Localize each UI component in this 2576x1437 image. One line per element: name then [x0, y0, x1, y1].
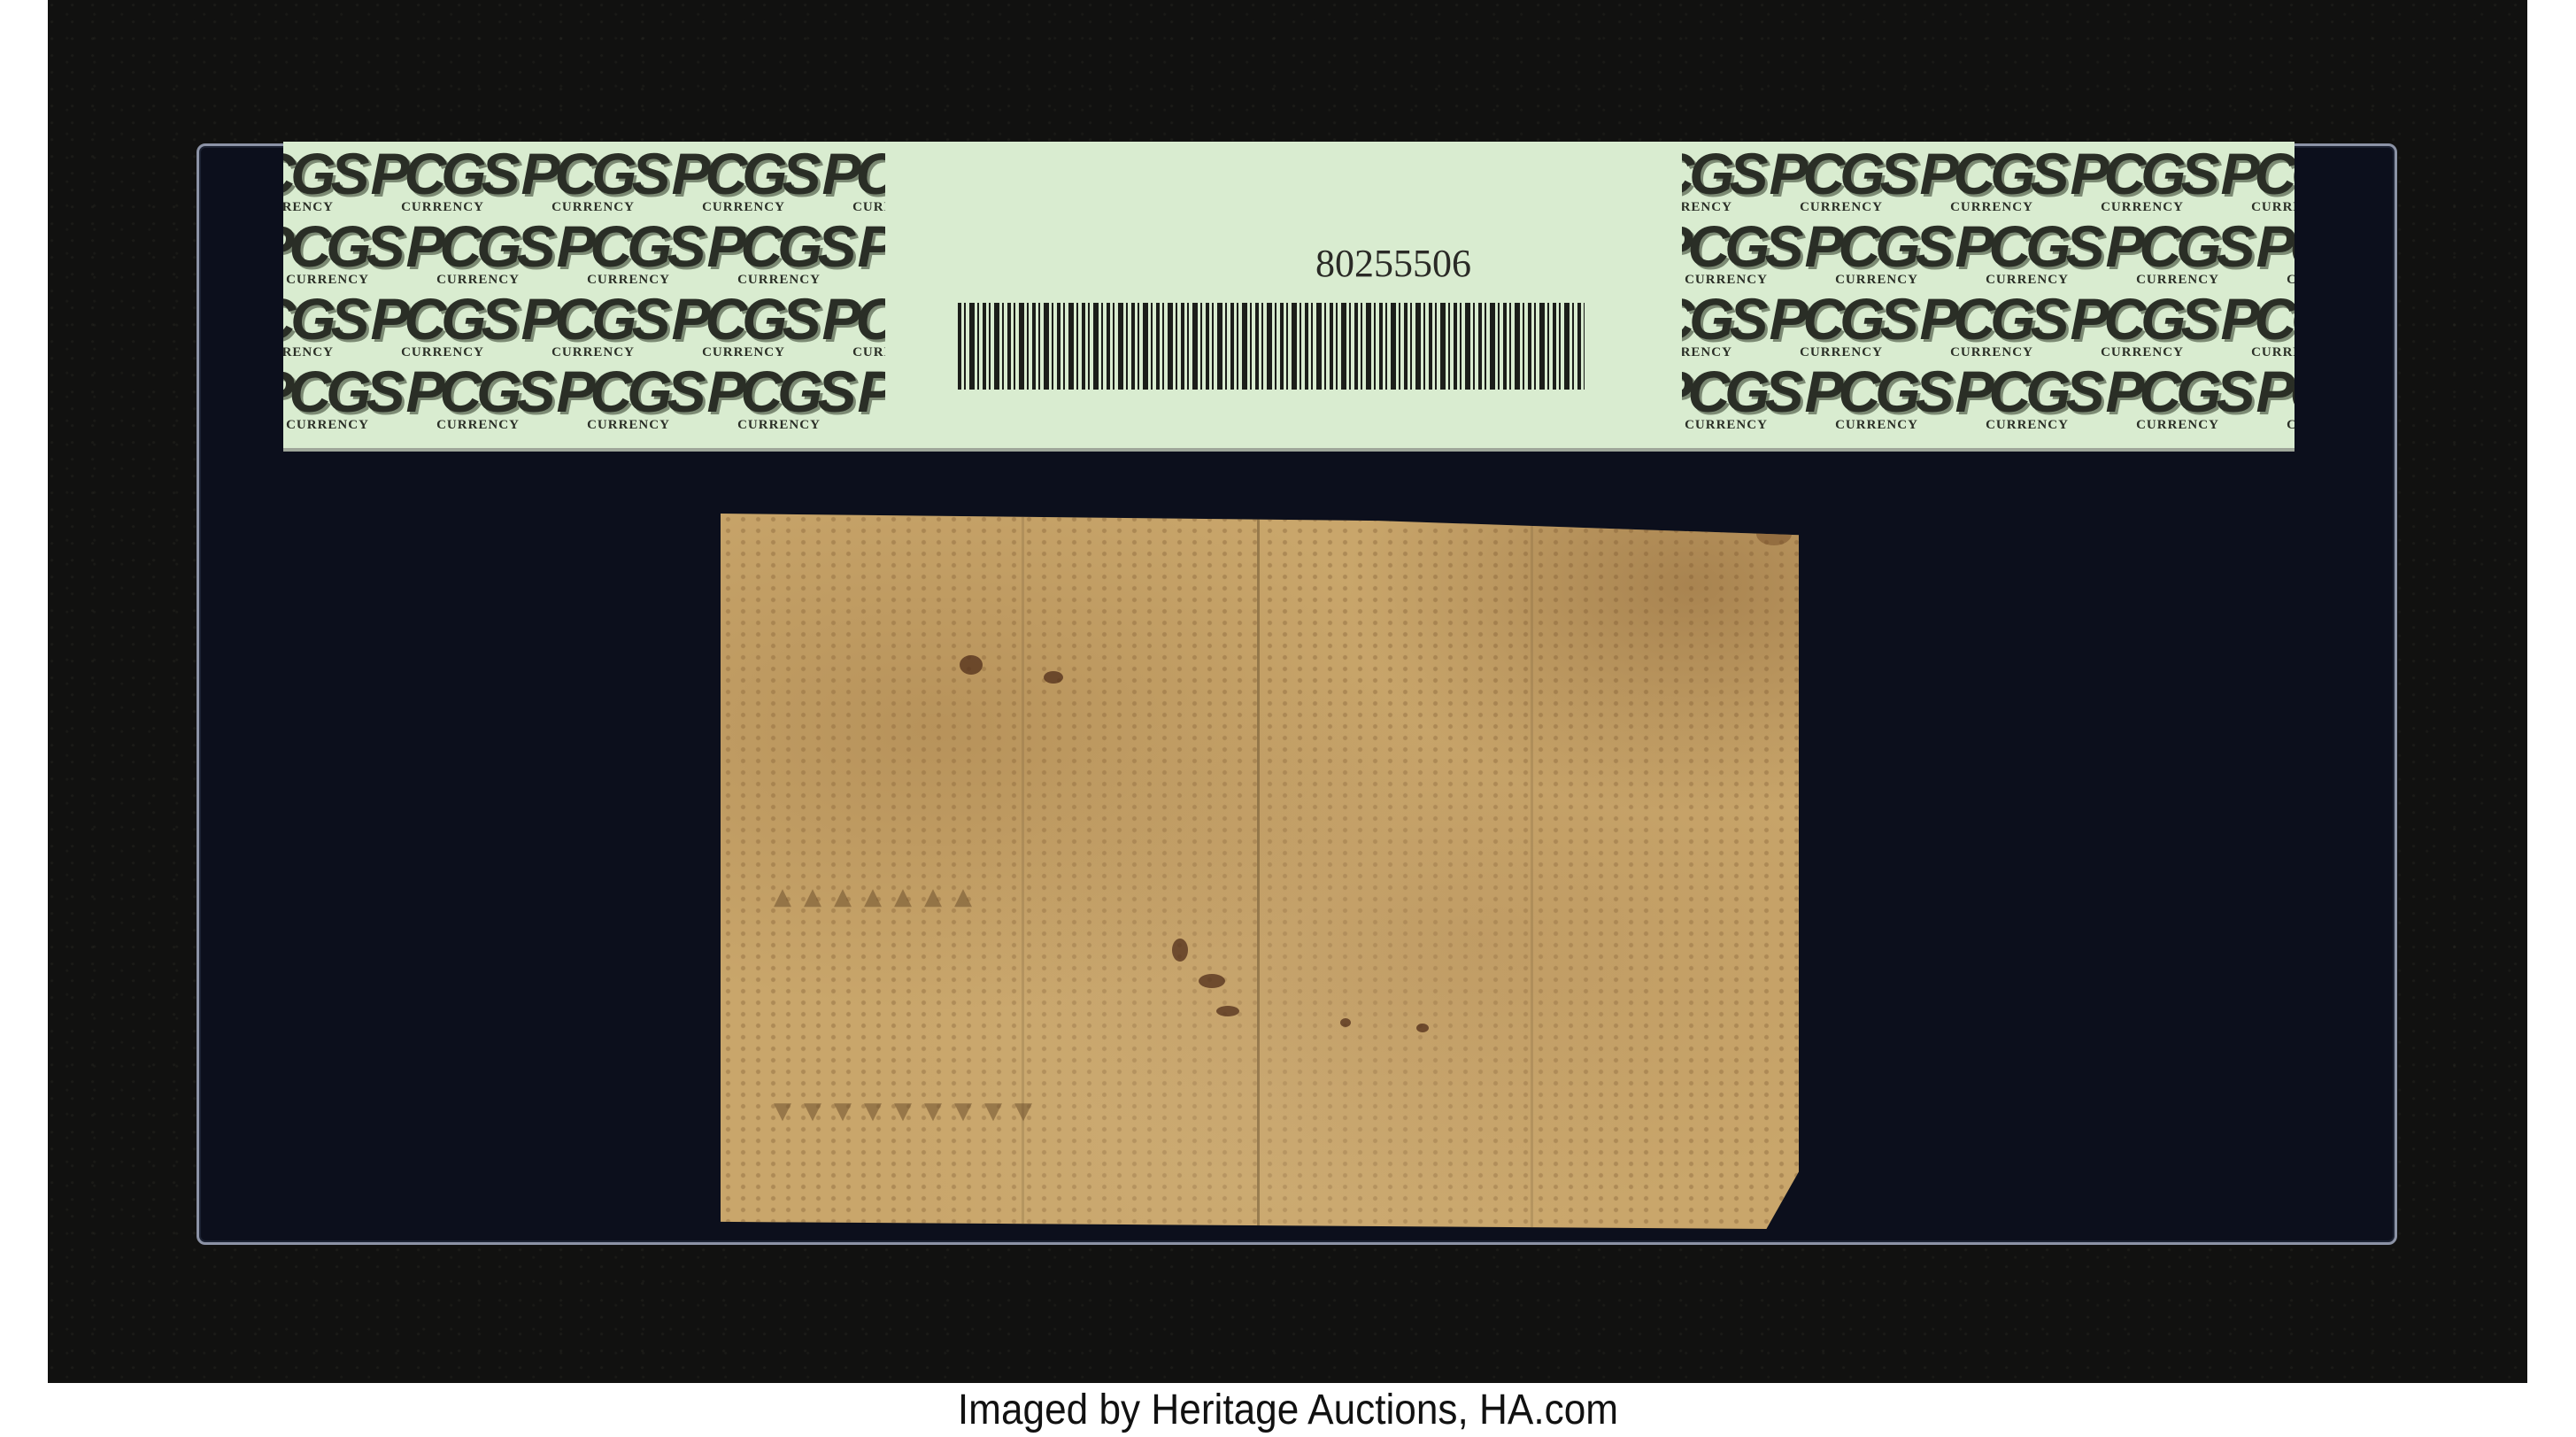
pcgs-logo: PCGSCURRENCY: [283, 147, 354, 214]
pcgs-logo: PCGSCURRENCY: [381, 292, 505, 359]
pcgs-logo-pattern-right: PCGSCURRENCY PCGSCURRENCY PCGSCURRENCY P…: [1682, 147, 2294, 443]
pcgs-logo: PCGSCURRENCY: [283, 220, 389, 287]
pcgs-logo: PCGSCURRENCY: [1682, 365, 1788, 432]
image-credit-caption: Imaged by Heritage Auctions, HA.com: [103, 1383, 2472, 1437]
pcgs-logo: PCGSCURRENCY: [2231, 147, 2294, 214]
certification-number: 80255506: [1190, 241, 1597, 286]
stain: [1172, 939, 1188, 962]
pcgs-logo: PCGSCURRENCY: [717, 365, 841, 432]
printed-border-top: ▲▲▲▲▲▲▲: [774, 884, 984, 910]
pcgs-logo: PCGSCURRENCY: [1779, 292, 1903, 359]
pcgs-logo: PCGSCURRENCY: [2231, 292, 2294, 359]
pcgs-logo: PCGSCURRENCY: [2266, 220, 2294, 287]
pcgs-logo: PCGSCURRENCY: [1930, 147, 2054, 214]
pcgs-logo: PCGSCURRENCY: [283, 292, 354, 359]
banknote-back: ▲▲▲▲▲▲▲ ▼▼▼▼▼▼▼▼▼: [721, 514, 1799, 1229]
pcgs-logo: PCGSCURRENCY: [1965, 365, 2089, 432]
fold-line: [1531, 514, 1533, 1229]
pcgs-logo: PCGSCURRENCY: [2116, 365, 2240, 432]
stain: [1416, 1024, 1429, 1032]
pcgs-logo: PCGSCURRENCY: [1815, 220, 1939, 287]
pcgs-logo: PCGSCURRENCY: [1779, 147, 1903, 214]
pcgs-logo: PCGSCURRENCY: [1682, 292, 1753, 359]
pcgs-logo: PCGSCURRENCY: [381, 147, 505, 214]
pcgs-logo: PCGSCURRENCY: [531, 147, 655, 214]
pcgs-logo: PCGSCURRENCY: [682, 147, 806, 214]
pcgs-logo: PCGSCURRENCY: [2266, 365, 2294, 432]
stain: [1044, 671, 1063, 684]
pcgs-logo: PCGSCURRENCY: [1965, 220, 2089, 287]
pcgs-logo: PCGSCURRENCY: [1930, 292, 2054, 359]
pcgs-logo: PCGSCURRENCY: [832, 147, 885, 214]
pcgs-logo: PCGSCURRENCY: [1815, 365, 1939, 432]
pcgs-logo: PCGSCURRENCY: [2080, 292, 2204, 359]
pcgs-logo: PCGSCURRENCY: [283, 365, 389, 432]
pcgs-logo: PCGSCURRENCY: [416, 365, 540, 432]
pcgs-logo: PCGSCURRENCY: [717, 220, 841, 287]
pcgs-logo: PCGSCURRENCY: [531, 292, 655, 359]
pcgs-logo: PCGSCURRENCY: [868, 220, 885, 287]
pcgs-logo: PCGSCURRENCY: [1682, 147, 1753, 214]
stain: [1216, 1006, 1239, 1016]
pcgs-logo: PCGSCURRENCY: [2080, 147, 2204, 214]
pcgs-logo: PCGSCURRENCY: [832, 292, 885, 359]
stain: [960, 655, 983, 675]
stain: [1199, 974, 1225, 988]
pcgs-logo: PCGSCURRENCY: [567, 365, 690, 432]
pcgs-logo: PCGSCURRENCY: [2116, 220, 2240, 287]
pcgs-label: PCGSCURRENCY PCGSCURRENCY PCGSCURRENCY P…: [283, 142, 2294, 448]
pcgs-logo: PCGSCURRENCY: [1682, 220, 1788, 287]
center-fold: [1257, 514, 1260, 1229]
pcgs-logo-pattern-left: PCGSCURRENCY PCGSCURRENCY PCGSCURRENCY P…: [283, 147, 885, 443]
pcgs-logo: PCGSCURRENCY: [567, 220, 690, 287]
pcgs-logo: PCGSCURRENCY: [682, 292, 806, 359]
barcode: [958, 303, 1585, 390]
pcgs-logo: PCGSCURRENCY: [868, 365, 885, 432]
printed-border-bottom: ▼▼▼▼▼▼▼▼▼: [774, 1098, 1045, 1124]
pcgs-logo: PCGSCURRENCY: [416, 220, 540, 287]
stain: [1340, 1018, 1351, 1027]
